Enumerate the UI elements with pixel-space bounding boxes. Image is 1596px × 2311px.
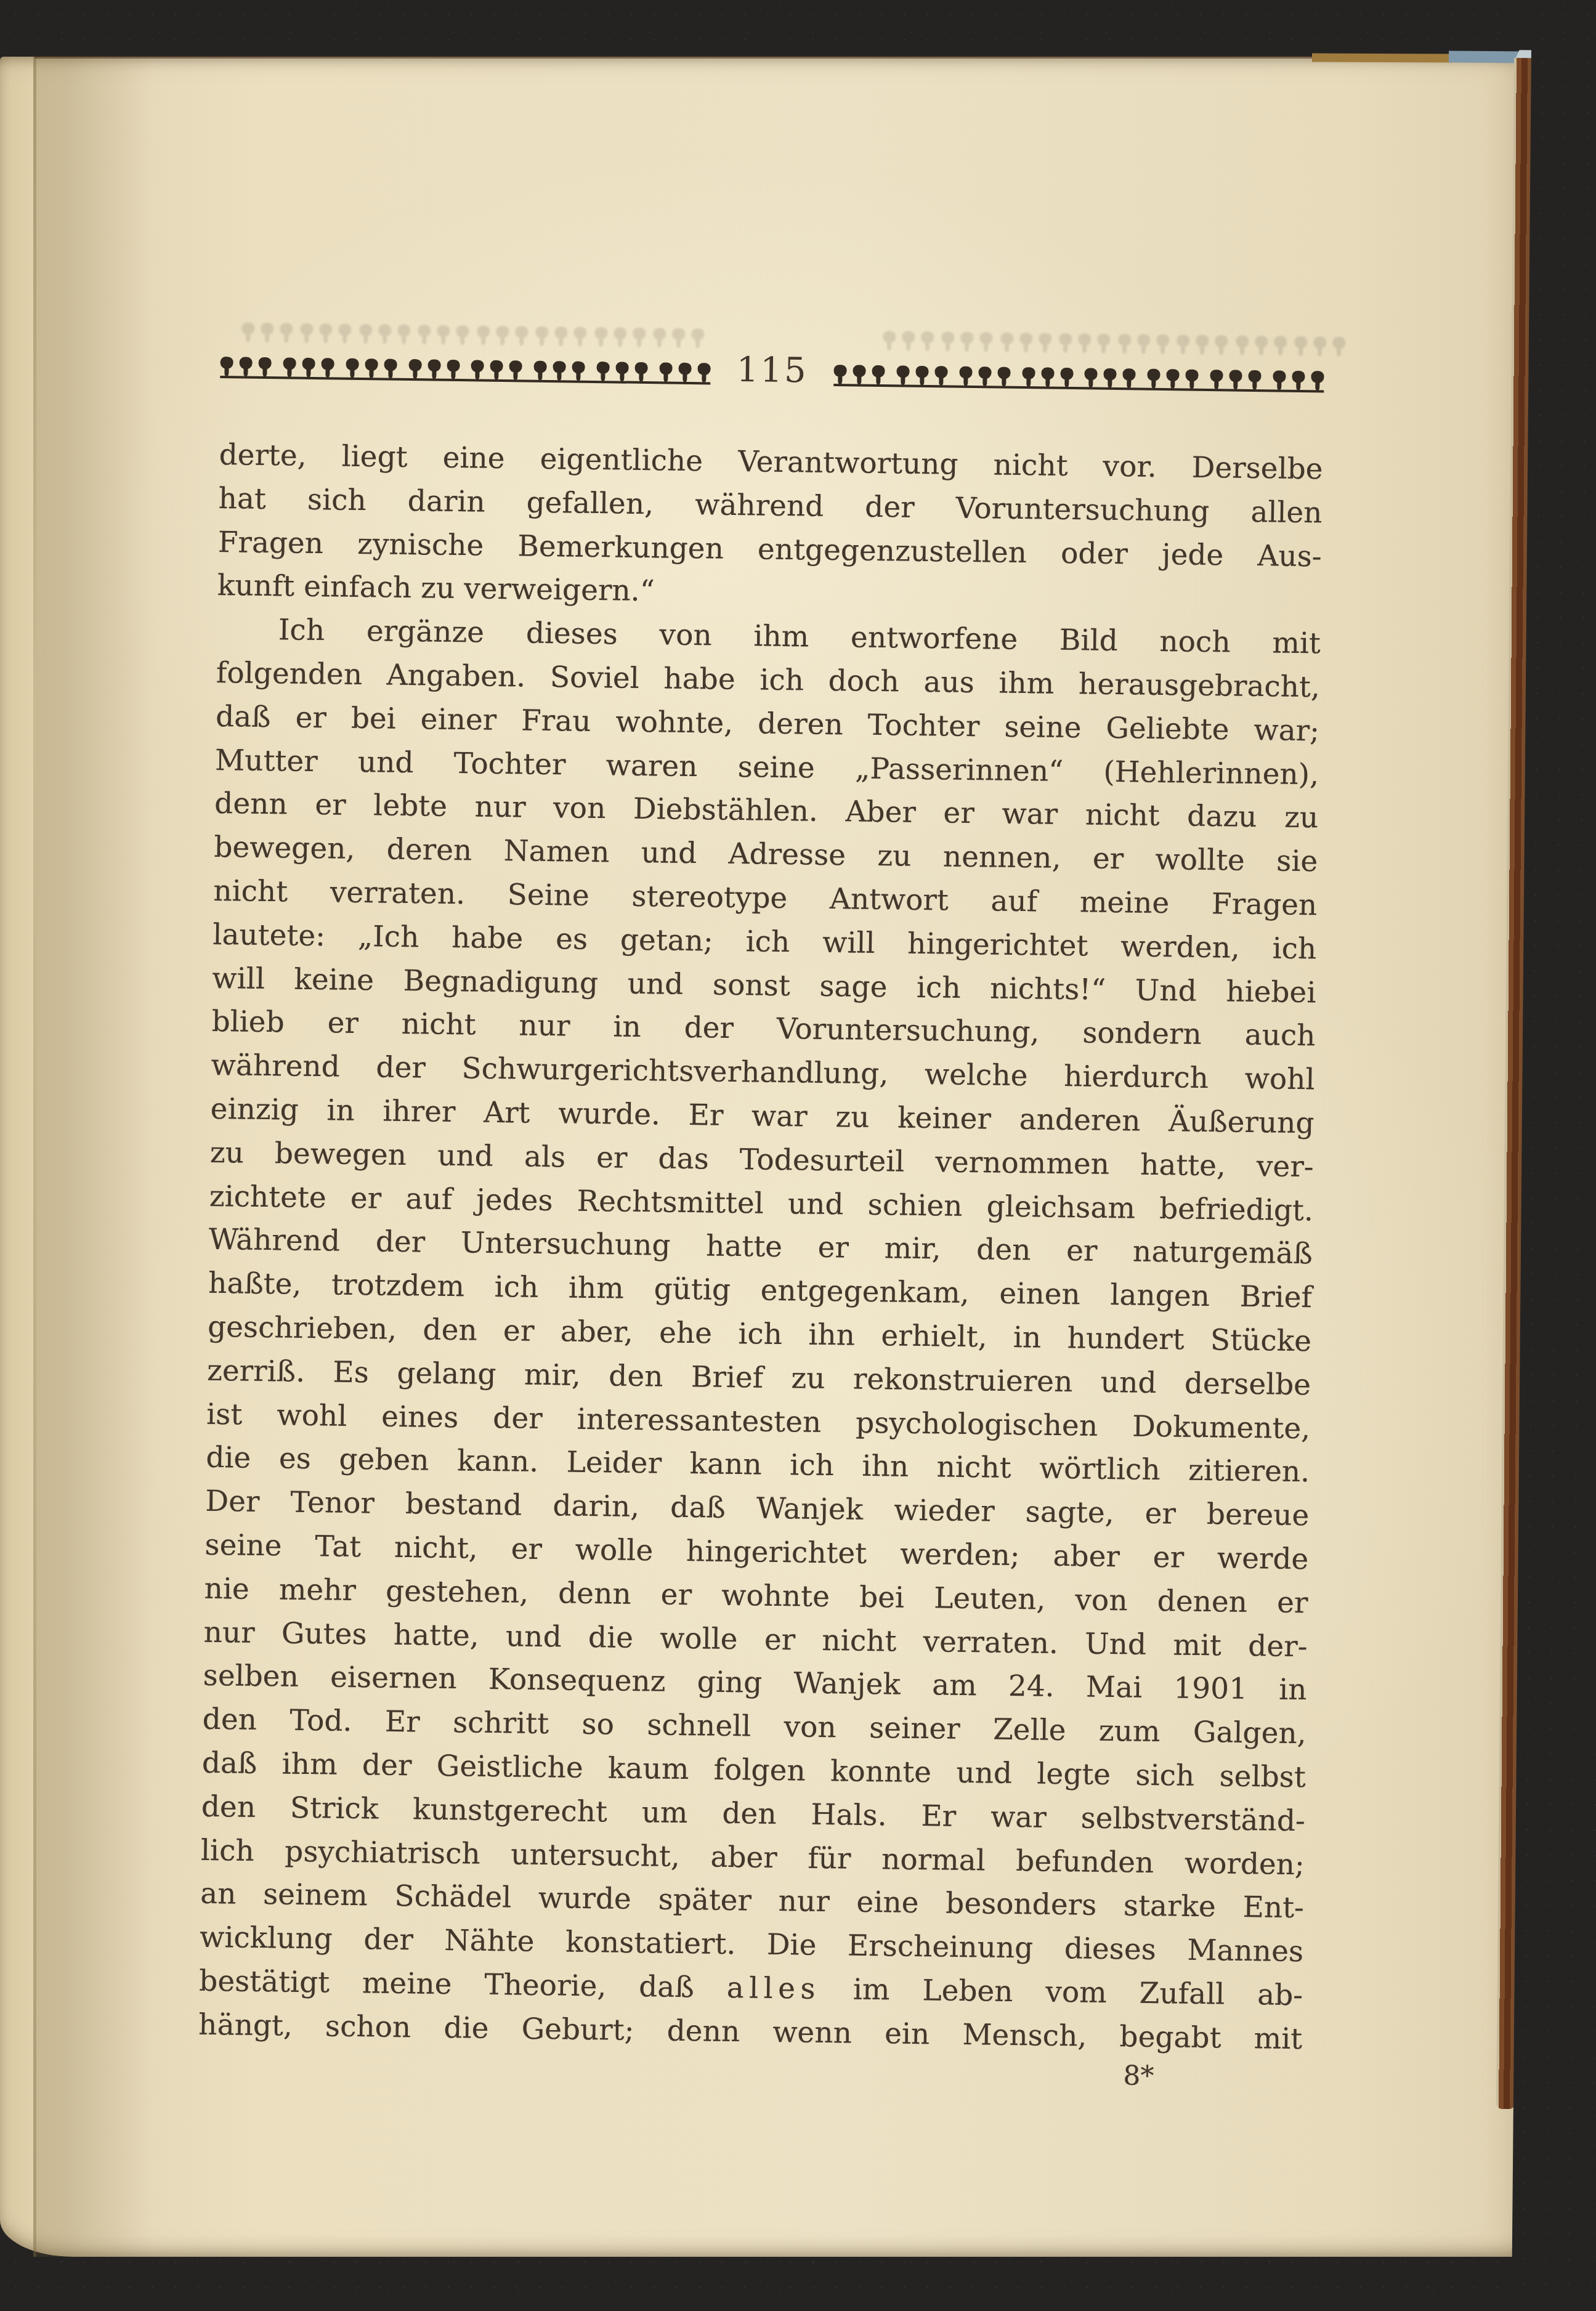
teardrop-ornament-icon	[1273, 370, 1286, 389]
teardrop-ornament-icon	[280, 323, 293, 341]
board-edge-line	[34, 55, 1316, 59]
teardrop-ornament-icon	[320, 323, 333, 342]
teardrop-ornament-icon	[427, 359, 440, 378]
teardrop-ornament-icon	[359, 324, 372, 342]
ornament-group	[535, 326, 586, 346]
teardrop-ornament-icon	[1196, 335, 1209, 354]
teardrop-ornament-icon	[959, 366, 972, 385]
teardrop-ornament-icon	[672, 328, 685, 347]
teardrop-ornament-icon	[408, 359, 421, 378]
teardrop-ornament-icon	[896, 365, 909, 384]
ornament-group	[346, 358, 397, 378]
ornament-group	[359, 324, 410, 343]
teardrop-ornament-icon	[384, 358, 397, 377]
teardrop-ornament-icon	[1167, 369, 1180, 387]
ornament-group	[896, 365, 947, 384]
teardrop-ornament-icon	[572, 361, 585, 379]
teardrop-ornament-icon	[596, 362, 609, 380]
teardrop-ornament-icon	[1060, 368, 1073, 386]
teardrop-ornament-icon	[1118, 334, 1131, 352]
ornament-group	[1148, 369, 1199, 388]
teardrop-ornament-icon	[283, 357, 296, 376]
ornament-group	[301, 323, 352, 342]
teardrop-ornament-icon	[594, 327, 607, 346]
ornament-group	[1000, 333, 1051, 352]
header-ornament-left	[220, 357, 710, 384]
teardrop-ornament-icon	[1294, 336, 1307, 355]
teardrop-ornament-icon	[365, 358, 378, 377]
teardrop-ornament-icon	[346, 358, 358, 377]
teardrop-ornament-icon	[883, 331, 896, 349]
gutter-shadow	[36, 57, 153, 2257]
teardrop-ornament-icon	[659, 362, 672, 381]
teardrop-ornament-icon	[960, 332, 973, 350]
ornament-group	[1273, 370, 1324, 389]
teardrop-ornament-icon	[634, 362, 647, 381]
teardrop-ornament-icon	[833, 365, 846, 383]
ornament-group	[941, 331, 992, 350]
teardrop-ornament-icon	[1000, 333, 1013, 351]
teardrop-ornament-icon	[1097, 334, 1110, 352]
teardrop-ornament-icon	[853, 365, 865, 383]
teardrop-ornament-icon	[535, 326, 548, 345]
ornament-group	[220, 357, 271, 376]
ornament-group	[1294, 336, 1345, 355]
header-ornament-right	[833, 365, 1324, 392]
teardrop-ornament-icon	[1255, 336, 1268, 354]
ornament-group	[1059, 333, 1110, 352]
teardrop-ornament-icon	[477, 325, 490, 344]
body-text: derte, liegt eine eigentliche Verantwort…	[198, 434, 1323, 2062]
teardrop-ornament-icon	[1148, 369, 1161, 387]
ornament-group	[241, 322, 293, 341]
ornament-group	[408, 359, 460, 378]
teardrop-ornament-icon	[1210, 370, 1223, 388]
ornament-group	[534, 361, 585, 380]
teardrop-ornament-icon	[697, 363, 710, 381]
teardrop-ornament-icon	[615, 362, 628, 380]
ornament-group	[418, 325, 469, 344]
signature-mark: 8*	[1123, 2063, 1302, 2092]
teardrop-ornament-icon	[1236, 336, 1249, 354]
teardrop-ornament-icon	[691, 328, 704, 347]
teardrop-ornament-icon	[934, 366, 947, 384]
teardrop-ornament-icon	[915, 366, 928, 384]
ornament-group	[283, 357, 334, 376]
teardrop-ornament-icon	[1177, 334, 1189, 353]
ornament-group	[1236, 336, 1287, 355]
ornament-group	[833, 365, 885, 384]
ornament-group	[653, 328, 704, 347]
teardrop-ornament-icon	[1313, 336, 1326, 355]
book-page: 115 derte, liegt eine eigentliche Verant…	[0, 57, 1529, 2257]
teardrop-ornament-icon	[321, 358, 334, 376]
teardrop-ornament-icon	[509, 360, 522, 379]
teardrop-ornament-icon	[378, 324, 391, 342]
teardrop-ornament-icon	[1078, 333, 1091, 352]
teardrop-ornament-icon	[1059, 333, 1072, 352]
scan-background: 115 derte, liegt eine eigentliche Verant…	[0, 0, 1596, 2311]
teardrop-ornament-icon	[301, 323, 314, 342]
board-edge-ochre	[1312, 53, 1452, 62]
teardrop-ornament-icon	[678, 363, 691, 381]
teardrop-ornament-icon	[258, 357, 271, 376]
teardrop-ornament-icon	[978, 366, 991, 385]
teardrop-ornament-icon	[1156, 334, 1169, 353]
teardrop-ornament-icon	[1104, 368, 1117, 387]
teardrop-ornament-icon	[418, 325, 431, 343]
teardrop-ornament-icon	[447, 360, 460, 378]
ornament-group	[471, 360, 522, 379]
teardrop-ornament-icon	[239, 357, 252, 375]
teardrop-ornament-icon	[633, 328, 646, 346]
teardrop-ornament-icon	[339, 324, 352, 342]
teardrop-ornament-icon	[397, 325, 410, 343]
ghost-ornament-strip	[241, 322, 704, 350]
ornament-group	[1177, 334, 1228, 354]
page-number: 115	[736, 355, 808, 386]
teardrop-ornament-icon	[241, 322, 254, 341]
teardrop-ornament-icon	[261, 323, 273, 341]
teardrop-ornament-icon	[1311, 371, 1324, 389]
teardrop-ornament-icon	[554, 326, 567, 345]
emphasized-word: alles	[726, 1971, 820, 2006]
teardrop-ornament-icon	[997, 367, 1010, 386]
teardrop-ornament-icon	[553, 361, 566, 379]
ornament-group	[594, 327, 646, 346]
teardrop-ornament-icon	[1039, 333, 1051, 351]
teardrop-ornament-icon	[1248, 370, 1261, 389]
teardrop-ornament-icon	[1332, 337, 1345, 355]
teardrop-ornament-icon	[302, 358, 315, 376]
teardrop-ornament-icon	[1229, 370, 1242, 388]
teardrop-ornament-icon	[437, 325, 450, 344]
page-content: 115 derte, liegt eine eigentliche Verant…	[198, 346, 1324, 2092]
teardrop-ornament-icon	[220, 357, 233, 375]
ornament-group	[1085, 368, 1136, 387]
teardrop-ornament-icon	[941, 331, 954, 350]
ornament-group	[659, 362, 710, 381]
teardrop-ornament-icon	[471, 360, 484, 378]
teardrop-ornament-icon	[1041, 367, 1054, 386]
teardrop-ornament-icon	[653, 328, 666, 346]
teardrop-ornament-icon	[872, 365, 885, 384]
teardrop-ornament-icon	[1137, 334, 1150, 352]
ghost-ornament-strip	[883, 331, 1345, 358]
teardrop-ornament-icon	[1292, 371, 1305, 389]
teardrop-ornament-icon	[456, 325, 469, 344]
teardrop-ornament-icon	[1123, 368, 1136, 387]
teardrop-ornament-icon	[921, 331, 934, 350]
teardrop-ornament-icon	[490, 360, 503, 379]
ornament-group	[1022, 367, 1073, 386]
teardrop-ornament-icon	[902, 331, 915, 349]
teardrop-ornament-icon	[1085, 368, 1098, 386]
teardrop-ornament-icon	[1022, 367, 1035, 386]
ornament-group	[477, 325, 528, 344]
teardrop-ornament-icon	[979, 332, 992, 350]
teardrop-ornament-icon	[534, 361, 547, 379]
teardrop-ornament-icon	[614, 327, 626, 346]
ornament-group	[1118, 334, 1169, 353]
ornament-group	[596, 362, 647, 381]
ornament-group	[959, 366, 1010, 386]
ornament-group	[883, 331, 934, 350]
teardrop-ornament-icon	[1019, 333, 1032, 351]
teardrop-ornament-icon	[515, 326, 528, 344]
ornament-group	[1210, 370, 1261, 389]
teardrop-ornament-icon	[1274, 336, 1287, 354]
teardrop-ornament-icon	[496, 326, 509, 344]
running-header: 115	[220, 346, 1324, 392]
teardrop-ornament-icon	[573, 327, 586, 346]
teardrop-ornament-icon	[1186, 370, 1199, 388]
teardrop-ornament-icon	[1215, 335, 1228, 354]
